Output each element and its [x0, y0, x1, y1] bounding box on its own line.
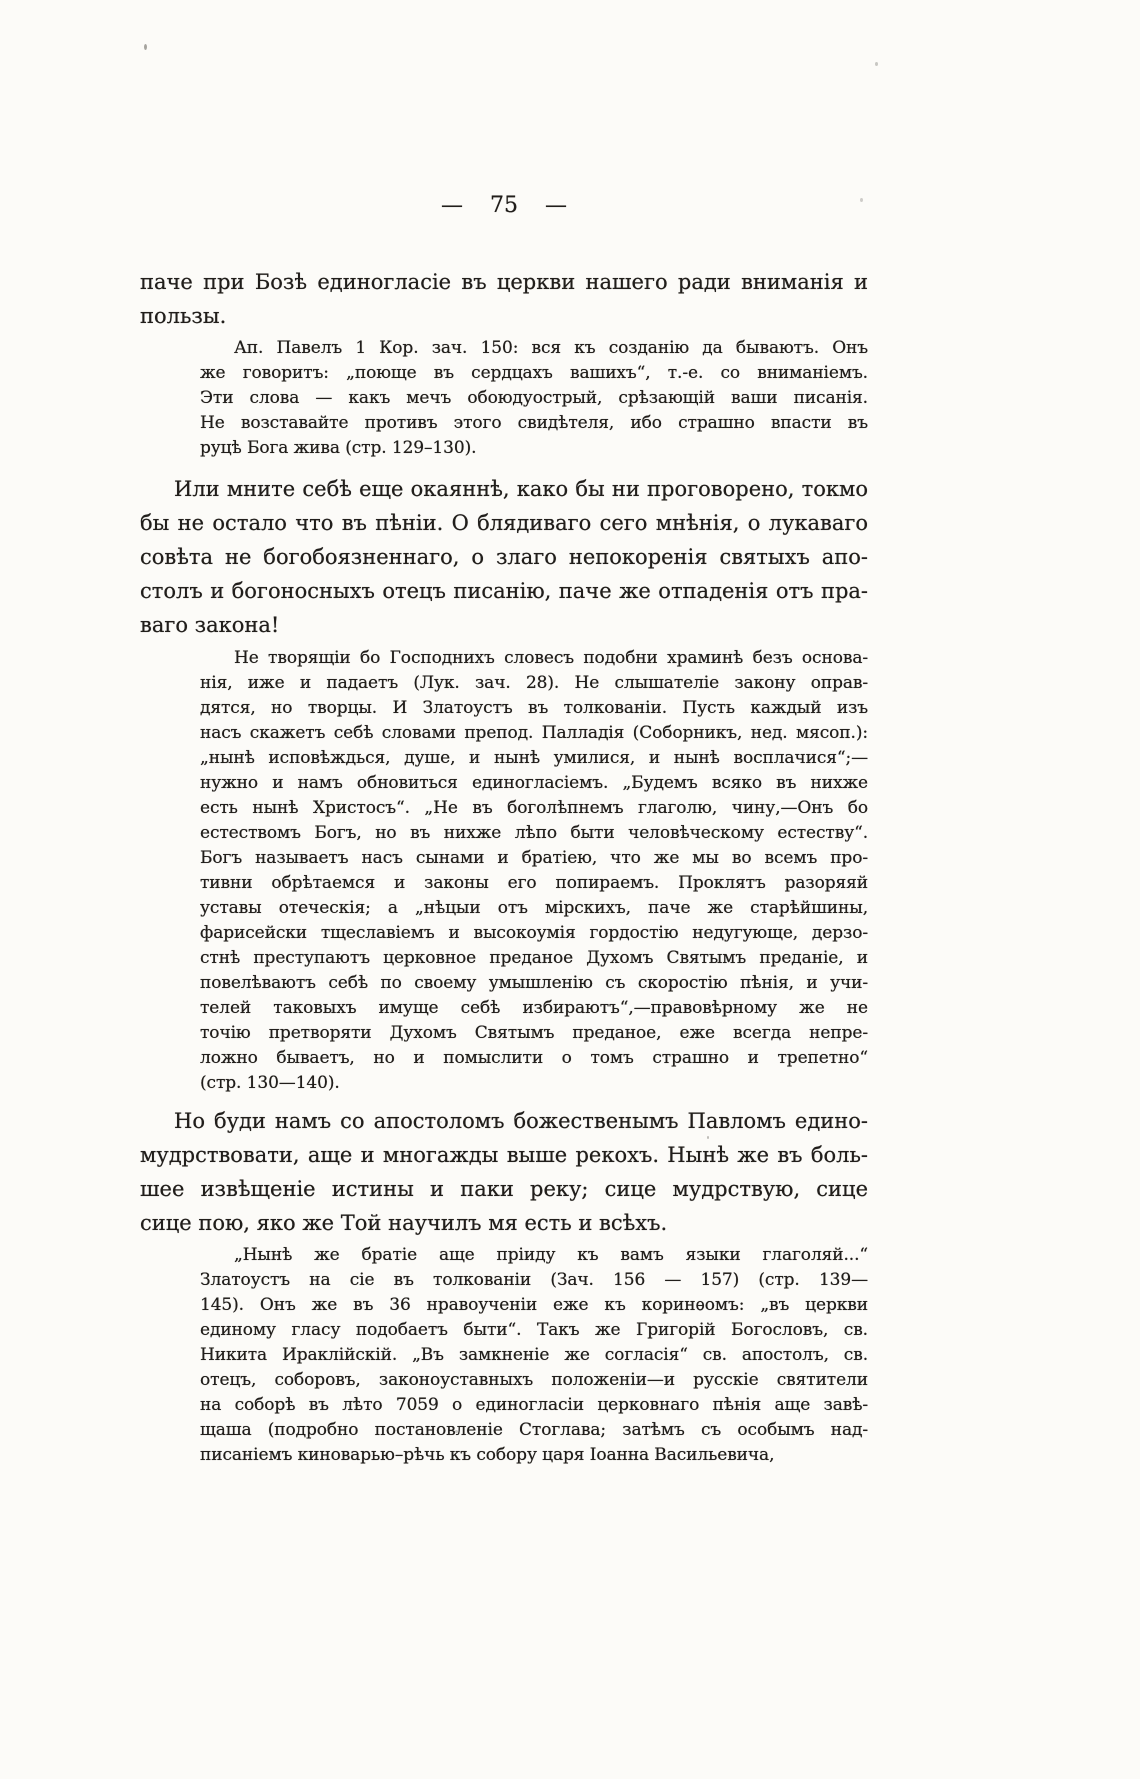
- text-line: насъ скажетъ себѣ словами препод. Паллад…: [200, 721, 868, 746]
- text-line: Или мните себѣ еще окаяннѣ, како бы ни п…: [140, 472, 868, 506]
- text-line: нужно и намъ обновиться единогласіемъ. „…: [200, 771, 868, 796]
- text-line: руцѣ Бога жива (стр. 129–130).: [200, 436, 868, 461]
- text-line: есть нынѣ Христосъ“. „Не въ боголѣпнемъ …: [200, 796, 868, 821]
- text-line: (стр. 130—140).: [200, 1071, 868, 1096]
- text-line: пользы.: [140, 299, 868, 333]
- text-line: Эти слова — какъ мечъ обоюдуострый, срѣз…: [200, 386, 868, 411]
- text-line: писаніемъ киноварью–рѣчь къ собору царя …: [200, 1443, 868, 1468]
- text-line: щаша (подробно постановленіе Стоглава; з…: [200, 1418, 868, 1443]
- text-line: Но буди намъ со апостоломъ божественымъ …: [140, 1104, 868, 1138]
- ink-speck: [875, 62, 878, 66]
- text-line: Не возставайте противъ этого свидѣтеля, …: [200, 411, 868, 436]
- text-line: бы не остало что въ пѣніи. О блядиваго с…: [140, 506, 868, 540]
- text-line: единому гласу подобаетъ быти“. Такъ же Г…: [200, 1318, 868, 1343]
- text-line: нія, иже и падаетъ (Лук. зач. 28). Не сл…: [200, 671, 868, 696]
- text-line: отецъ, соборовъ, законоуставныхъ положен…: [200, 1368, 868, 1393]
- block-quote: Ап. Павелъ 1 Кор. зач. 150: вся къ созда…: [200, 336, 868, 461]
- paragraph: Но буди намъ со апостоломъ божественымъ …: [140, 1104, 868, 1240]
- text-line: сице пою, яко же Той научилъ мя есть и в…: [140, 1206, 868, 1240]
- text-line: точію претворяти Духомъ Святымъ преданое…: [200, 1021, 868, 1046]
- text-line: Златоустъ на сіе въ толкованіи (Зач. 156…: [200, 1268, 868, 1293]
- text-line: стнѣ преступаютъ церковное преданое Духо…: [200, 946, 868, 971]
- ink-speck: [144, 44, 147, 50]
- text-line: ваго закона!: [140, 608, 868, 642]
- paragraph: Или мните себѣ еще окаяннѣ, како бы ни п…: [140, 472, 868, 642]
- text-line: уставы отеческія; а „нѣцыи отъ мірскихъ,…: [200, 896, 868, 921]
- text-line: Ап. Павелъ 1 Кор. зач. 150: вся къ созда…: [200, 336, 868, 361]
- text-line: „Нынѣ же братіе аще пріиду къ вамъ языки…: [200, 1243, 868, 1268]
- text-line: повелѣваютъ себѣ по своему умышленію съ …: [200, 971, 868, 996]
- text-line: тивни обрѣтаемся и законы его попираемъ.…: [200, 871, 868, 896]
- text-line: паче при Бозѣ единогласіе въ церкви наше…: [140, 265, 868, 299]
- paragraph: паче при Бозѣ единогласіе въ церкви наше…: [140, 265, 868, 333]
- book-page: — 75 — паче при Бозѣ единогласіе въ церк…: [0, 0, 1140, 1779]
- text-line: естествомъ Богъ, но въ нихже лѣпо быти ч…: [200, 821, 868, 846]
- text-line: Богъ называетъ насъ сынами и братіею, чт…: [200, 846, 868, 871]
- ink-speck: [440, 1121, 442, 1123]
- text-column: паче при Бозѣ единогласіе въ церкви наше…: [140, 265, 868, 1468]
- text-line: дятся, но творцы. И Златоустъ въ толкова…: [200, 696, 868, 721]
- ink-speck: [707, 1136, 709, 1139]
- ink-speck: [455, 1430, 458, 1433]
- block-quote: „Нынѣ же братіе аще пріиду къ вамъ языки…: [200, 1243, 868, 1468]
- text-line: столъ и богоносныхъ отецъ писанію, паче …: [140, 574, 868, 608]
- ink-speck: [860, 198, 863, 202]
- block-quote: Не творящіи бо Господнихъ словесъ подобн…: [200, 646, 868, 1096]
- text-line: „нынѣ исповѣждься, душе, и нынѣ умилися,…: [200, 746, 868, 771]
- page-number: — 75 —: [140, 193, 868, 218]
- text-line: 145). Онъ же въ 36 нравоученіи еже къ ко…: [200, 1293, 868, 1318]
- text-line: Никита Ираклійскій. „Въ замкненіе же сог…: [200, 1343, 868, 1368]
- text-line: же говоритъ: „поюще въ сердцахъ вашихъ“,…: [200, 361, 868, 386]
- text-line: Не творящіи бо Господнихъ словесъ подобн…: [200, 646, 868, 671]
- text-line: совѣта не богобоязненнаго, о злаго непок…: [140, 540, 868, 574]
- text-line: фарисейски тщеславіемъ и высокоумія горд…: [200, 921, 868, 946]
- text-line: шее извѣщеніе истины и паки реку; сице м…: [140, 1172, 868, 1206]
- text-line: телей таковыхъ имуще себѣ избираютъ“,—пр…: [200, 996, 868, 1021]
- text-line: ложно бываетъ, но и помыслити о томъ стр…: [200, 1046, 868, 1071]
- text-line: на соборѣ въ лѣто 7059 о единогласіи цер…: [200, 1393, 868, 1418]
- text-line: мудрствовати, аще и многажды выше рекохъ…: [140, 1138, 868, 1172]
